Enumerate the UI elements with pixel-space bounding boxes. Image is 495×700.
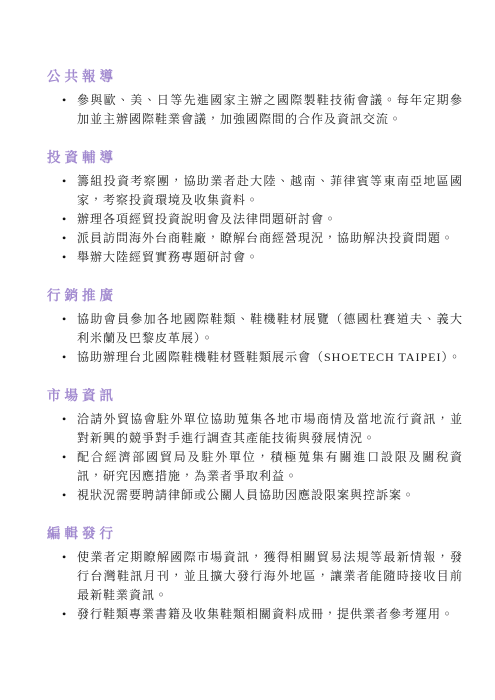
list-item-text: 視狀況需要聘請律師或公關人員協助因應設限案與控訴案。 [77, 488, 415, 502]
section-bullet-list: •洽請外貿協會駐外單位協助蒐集各地市場商情及當地流行資訊，並對新興的競爭對手進行… [47, 410, 463, 505]
list-item-text: 協助辦理台北國際鞋機鞋材暨鞋類展示會（SHOETECH TAIPEI）。 [77, 350, 461, 364]
list-item-text: 參與歐、美、日等先進國家主辦之國際製鞋技術會議。每年定期參加並主辦國際鞋業會議，… [77, 93, 463, 126]
bullet-icon: • [62, 229, 66, 248]
list-item: •籌組投資考察團，協助業者赴大陸、越南、菲律賓等東南亞地區國家，考察投資環境及收… [77, 172, 463, 210]
bullet-icon: • [62, 548, 66, 567]
list-item: •協助辦理台北國際鞋機鞋材暨鞋類展示會（SHOETECH TAIPEI）。 [77, 348, 463, 367]
list-item: •使業者定期瞭解國際市場資訊，獲得相關貿易法規等最新情報，發行台灣鞋訊月刊，並且… [77, 548, 463, 605]
list-item: •辦理各項經貿投資說明會及法律問題研討會。 [77, 210, 463, 229]
list-item: •協助會員參加各地國際鞋類、鞋機鞋材展覽（德國杜賽道夫、義大利米蘭及巴黎皮革展）… [77, 310, 463, 348]
list-item: •發行鞋類專業書籍及收集鞋類相關資料成冊，提供業者參考運用。 [77, 605, 463, 624]
document-page: 公共報導 •參與歐、美、日等先進國家主辦之國際製鞋技術會議。每年定期參加並主辦國… [0, 0, 495, 700]
bullet-icon: • [62, 248, 66, 267]
bullet-icon: • [62, 410, 66, 429]
list-item: •參與歐、美、日等先進國家主辦之國際製鞋技術會議。每年定期參加並主辦國際鞋業會議… [77, 91, 463, 129]
section-title: 編輯發行 [47, 526, 463, 542]
document-section: 市場資訊 •洽請外貿協會駐外單位協助蒐集各地市場商情及當地流行資訊，並對新興的競… [47, 388, 463, 505]
section-bullet-list: •使業者定期瞭解國際市場資訊，獲得相關貿易法規等最新情報，發行台灣鞋訊月刊，並且… [47, 548, 463, 624]
list-item: •舉辦大陸經貿實務專題研討會。 [77, 248, 463, 267]
document-section: 公共報導 •參與歐、美、日等先進國家主辦之國際製鞋技術會議。每年定期參加並主辦國… [47, 69, 463, 129]
section-title: 投資輔導 [47, 150, 463, 166]
list-item: •洽請外貿協會駐外單位協助蒐集各地市場商情及當地流行資訊，並對新興的競爭對手進行… [77, 410, 463, 448]
document-section: 編輯發行 •使業者定期瞭解國際市場資訊，獲得相關貿易法規等最新情報，發行台灣鞋訊… [47, 526, 463, 624]
bullet-icon: • [62, 91, 66, 110]
section-title: 市場資訊 [47, 388, 463, 404]
list-item: •派員訪問海外台商鞋廠，瞭解台商經營現況，協助解決投資問題。 [77, 229, 463, 248]
list-item-text: 籌組投資考察團，協助業者赴大陸、越南、菲律賓等東南亞地區國家，考察投資環境及收集… [77, 174, 463, 207]
list-item-text: 洽請外貿協會駐外單位協助蒐集各地市場商情及當地流行資訊，並對新興的競爭對手進行調… [77, 412, 463, 445]
bullet-icon: • [62, 172, 66, 191]
document-section: 投資輔導 •籌組投資考察團，協助業者赴大陸、越南、菲律賓等東南亞地區國家，考察投… [47, 150, 463, 267]
list-item-text: 發行鞋類專業書籍及收集鞋類相關資料成冊，提供業者參考運用。 [77, 607, 454, 621]
list-item-text: 協助會員參加各地國際鞋類、鞋機鞋材展覽（德國杜賽道夫、義大利米蘭及巴黎皮革展）。 [77, 312, 463, 345]
list-item-text: 舉辦大陸經貿實務專題研討會。 [77, 250, 259, 264]
bullet-icon: • [62, 486, 66, 505]
bullet-icon: • [62, 310, 66, 329]
document-section: 行銷推廣 •協助會員參加各地國際鞋類、鞋機鞋材展覽（德國杜賽道夫、義大利米蘭及巴… [47, 288, 463, 367]
list-item-text: 辦理各項經貿投資說明會及法律問題研討會。 [77, 212, 337, 226]
section-title: 行銷推廣 [47, 288, 463, 304]
list-item: •視狀況需要聘請律師或公關人員協助因應設限案與控訴案。 [77, 486, 463, 505]
bullet-icon: • [62, 210, 66, 229]
list-item-text: 派員訪問海外台商鞋廠，瞭解台商經營現況，協助解決投資問題。 [77, 231, 454, 245]
section-bullet-list: •協助會員參加各地國際鞋類、鞋機鞋材展覽（德國杜賽道夫、義大利米蘭及巴黎皮革展）… [47, 310, 463, 367]
bullet-icon: • [62, 448, 66, 467]
list-item-text: 配合經濟部國貿局及駐外單位，積極蒐集有關進口設限及關稅資訊，研究因應措施，為業者… [77, 450, 463, 483]
section-bullet-list: •參與歐、美、日等先進國家主辦之國際製鞋技術會議。每年定期參加並主辦國際鞋業會議… [47, 91, 463, 129]
section-bullet-list: •籌組投資考察團，協助業者赴大陸、越南、菲律賓等東南亞地區國家，考察投資環境及收… [47, 172, 463, 267]
list-item-text: 使業者定期瞭解國際市場資訊，獲得相關貿易法規等最新情報，發行台灣鞋訊月刊，並且擴… [77, 550, 463, 602]
list-item: •配合經濟部國貿局及駐外單位，積極蒐集有關進口設限及關稅資訊，研究因應措施，為業… [77, 448, 463, 486]
bullet-icon: • [62, 605, 66, 624]
bullet-icon: • [62, 348, 66, 367]
section-title: 公共報導 [47, 69, 463, 85]
